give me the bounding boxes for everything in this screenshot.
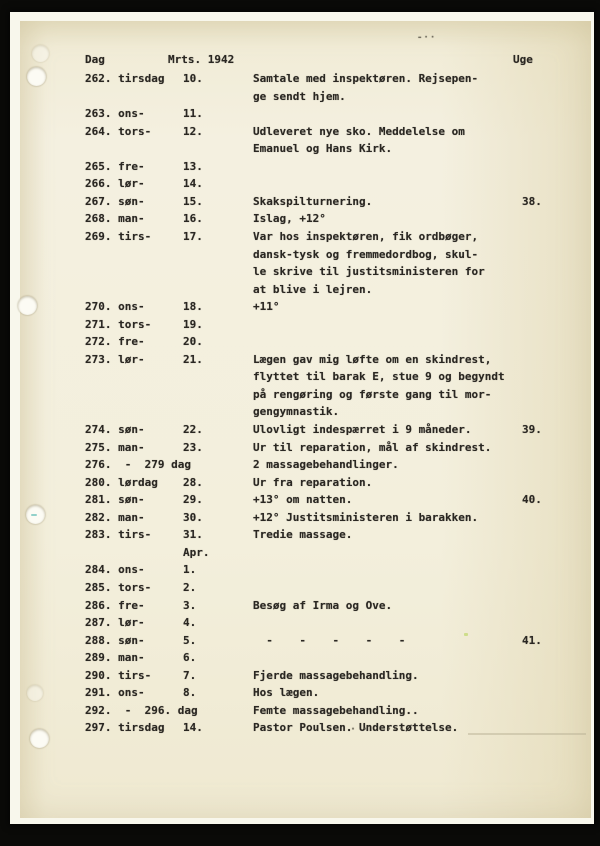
day-cell: 287. lør- [85,614,145,631]
typewritten-text: Dag Mrts. 1942 Uge 262. tirsdag10.Samtal… [0,0,600,846]
entry-cell: at blive i lejren. [253,281,372,298]
diary-line: 292. - 296. dagFemte massagebehandling.. [0,702,600,720]
entry-cell: le skrive til justitsministeren for [253,263,485,280]
date-cell: 13. [183,158,203,175]
diary-line: ge sendt hjem. [0,88,600,106]
diary-line: 274. søn-22.Ulovligt indespærret i 9 mån… [0,421,600,439]
diary-line: 270. ons-18.+11° [0,298,600,316]
diary-line: 282. man-30.+12° Justitsministeren i bar… [0,509,600,527]
entry-cell: Fjerde massagebehandling. [253,667,419,684]
day-cell: 272. fre- [85,333,145,350]
day-cell: 288. søn- [85,632,145,649]
date-cell: 7. [183,667,196,684]
date-cell: 15. [183,193,203,210]
day-cell: 268. man- [85,210,145,227]
entry-cell: Samtale med inspektøren. Rejsepen- [253,70,478,87]
date-cell: 29. [183,491,203,508]
day-cell: 292. - 296. dag [85,702,198,719]
date-cell: 8. [183,684,196,701]
entry-cell: Islag, +12° [253,210,326,227]
entry-cell: Tredie massage. [253,526,352,543]
day-cell: 273. lør- [85,351,145,368]
diary-line: 276. - 279 dag2 massagebehandlinger. [0,456,600,474]
diary-line: på rengøring og første gang til mor- [0,386,600,404]
entry-cell: Ur fra reparation. [253,474,372,491]
entry-cell: ge sendt hjem. [253,88,346,105]
date-cell: 19. [183,316,203,333]
diary-line: 288. søn-5. - - - - -41. [0,632,600,650]
scanned-page: Dag Mrts. 1942 Uge 262. tirsdag10.Samtal… [0,0,600,846]
date-cell: 16. [183,210,203,227]
entry-cell: +13° om natten. [253,491,352,508]
scan-artifact: -·· [417,33,436,43]
diary-line: 287. lør-4. [0,614,600,632]
entry-cell: - - - - - [253,632,405,649]
week-cell: 40. [522,491,542,508]
diary-line: 269. tirs-17.Var hos inspektøren, fik or… [0,228,600,246]
diary-line: 285. tors-2. [0,579,600,597]
diary-line: dansk-tysk og fremmedordbog, skul- [0,246,600,264]
day-cell: 276. - 279 dag [85,456,191,473]
day-cell: 275. man- [85,439,145,456]
entry-cell: Hos lægen. [253,684,319,701]
entry-cell: Ur til reparation, mål af skindrest. [253,439,491,456]
entry-cell: flyttet til barak E, stue 9 og begyndt [253,368,505,385]
diary-line: flyttet til barak E, stue 9 og begyndt [0,368,600,386]
header-month-year: Mrts. 1942 [168,51,234,68]
date-cell: 10. [183,70,203,87]
day-cell: 283. tirs- [85,526,151,543]
diary-line: 263. ons-11. [0,105,600,123]
diary-line: 266. lør-14. [0,175,600,193]
day-cell: 262. tirsdag [85,70,164,87]
day-cell: 281. søn- [85,491,145,508]
diary-line: 272. fre-20. [0,333,600,351]
entry-cell: +12° Justitsministeren i barakken. [253,509,478,526]
header-week-column: Uge [513,51,533,68]
week-cell: 38. [522,193,542,210]
day-cell: 270. ons- [85,298,145,315]
date-cell: 11. [183,105,203,122]
date-cell: 4. [183,614,196,631]
header-line: Dag Mrts. 1942 Uge [0,51,600,69]
diary-line: 283. tirs-31.Tredie massage. [0,526,600,544]
entry-cell: Besøg af Irma og Ove. [253,597,392,614]
week-cell: 41. [522,632,542,649]
diary-line: gengymnastik. [0,403,600,421]
diary-line: 268. man-16.Islag, +12° [0,210,600,228]
day-cell: 297. tirsdag [85,719,164,736]
diary-line: Apr. [0,544,600,562]
day-cell: 271. tors- [85,316,151,333]
scan-artifact: · · ··· [350,724,404,735]
entry-cell: Emanuel og Hans Kirk. [253,140,392,157]
entry-cell: dansk-tysk og fremmedordbog, skul- [253,246,478,263]
day-cell: 263. ons- [85,105,145,122]
day-cell: 264. tors- [85,123,151,140]
day-cell: 266. lør- [85,175,145,192]
date-cell: 6. [183,649,196,666]
date-cell: 14. [183,175,203,192]
date-cell: 18. [183,298,203,315]
diary-line: 267. søn-15.Skakspilturnering.38. [0,193,600,211]
diary-line: 286. fre-3.Besøg af Irma og Ove. [0,597,600,615]
entry-cell: på rengøring og første gang til mor- [253,386,491,403]
date-cell: 3. [183,597,196,614]
date-cell: 17. [183,228,203,245]
week-cell: 39. [522,421,542,438]
diary-line: 265. fre-13. [0,158,600,176]
entry-cell: +11° [253,298,280,315]
diary-line: 262. tirsdag10.Samtale med inspektøren. … [0,70,600,88]
diary-line: 289. man-6. [0,649,600,667]
entry-cell: Femte massagebehandling.. [253,702,419,719]
diary-line: 273. lør-21.Lægen gav mig løfte om en sk… [0,351,600,369]
header-day-column: Dag [85,51,105,68]
date-cell: Apr. [183,544,210,561]
entry-cell: gengymnastik. [253,403,339,420]
date-cell: 30. [183,509,203,526]
diary-line: 264. tors-12.Udleveret nye sko. Meddelel… [0,123,600,141]
entry-cell: 2 massagebehandlinger. [253,456,399,473]
day-cell: 284. ons- [85,561,145,578]
date-cell: 23. [183,439,203,456]
entry-cell: Skakspilturnering. [253,193,372,210]
date-cell: 21. [183,351,203,368]
day-cell: 290. tirs- [85,667,151,684]
date-cell: 14. [183,719,203,736]
day-cell: 286. fre- [85,597,145,614]
day-cell: 289. man- [85,649,145,666]
diary-line: 290. tirs-7.Fjerde massagebehandling. [0,667,600,685]
day-cell: 269. tirs- [85,228,151,245]
date-cell: 22. [183,421,203,438]
diary-line: 281. søn-29.+13° om natten.40. [0,491,600,509]
day-cell: 280. lørdag [85,474,158,491]
diary-line: le skrive til justitsministeren for [0,263,600,281]
date-cell: 28. [183,474,203,491]
date-cell: 5. [183,632,196,649]
diary-line: 284. ons-1. [0,561,600,579]
entry-cell: Lægen gav mig løfte om en skindrest, [253,351,491,368]
day-cell: 282. man- [85,509,145,526]
diary-line: 297. tirsdag14.Pastor Poulsen. Understøt… [0,719,600,737]
date-cell: 2. [183,579,196,596]
entry-cell: Var hos inspektøren, fik ordbøger, [253,228,478,245]
diary-line: 271. tors-19. [0,316,600,334]
diary-line: at blive i lejren. [0,281,600,299]
date-cell: 1. [183,561,196,578]
entry-cell: Ulovligt indespærret i 9 måneder. [253,421,472,438]
date-cell: 31. [183,526,203,543]
diary-line: 280. lørdag28.Ur fra reparation. [0,474,600,492]
entry-cell: Udleveret nye sko. Meddelelse om [253,123,465,140]
date-cell: 12. [183,123,203,140]
day-cell: 291. ons- [85,684,145,701]
diary-line: Emanuel og Hans Kirk. [0,140,600,158]
diary-line: 275. man-23.Ur til reparation, mål af sk… [0,439,600,457]
day-cell: 274. søn- [85,421,145,438]
diary-line: 291. ons-8.Hos lægen. [0,684,600,702]
day-cell: 265. fre- [85,158,145,175]
day-cell: 285. tors- [85,579,151,596]
day-cell: 267. søn- [85,193,145,210]
date-cell: 20. [183,333,203,350]
